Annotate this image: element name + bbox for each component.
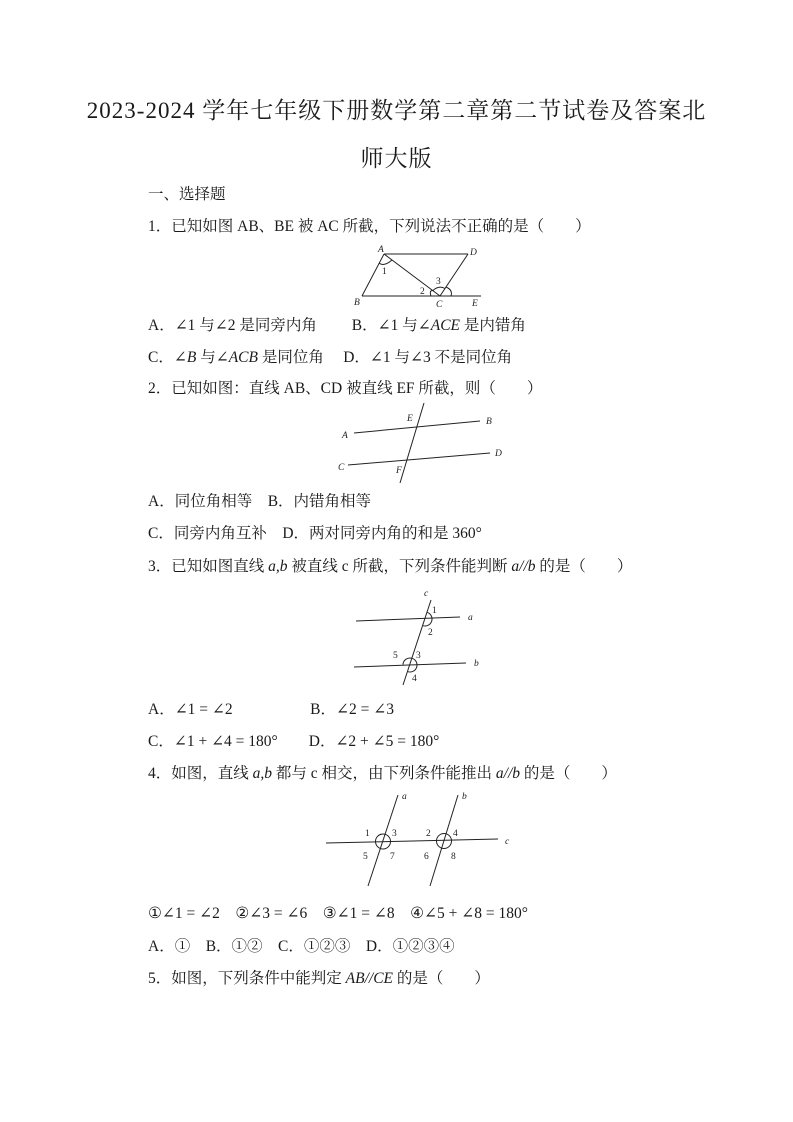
- q5-stem-math1: AB//CE: [346, 970, 393, 987]
- q4-stem-math2: a//b: [496, 765, 520, 782]
- q1-arc-angle3: [433, 287, 445, 290]
- q4-conditions: ①∠1 = ∠2 ②∠3 = ∠6 ③∠1 = ∠8 ④∠5 + ∠8 = 18…: [148, 903, 528, 925]
- q3-label-angle2: 2: [428, 628, 433, 638]
- q4-label-a: a: [402, 792, 407, 802]
- question-3-figure: c a b 1 2 5 3 4: [348, 588, 488, 688]
- q4-stem-part1: 4．如图，直线: [148, 765, 253, 782]
- question-1-figure: A D B C E 1 2 3: [350, 246, 495, 308]
- q3-line-a: [356, 617, 460, 621]
- page-title-line-1: 2023-2024 学年七年级下册数学第二章第二节试卷及答案北: [0, 100, 793, 122]
- q3-stem-part2: 被直线 c 所截，下列条件能判断: [288, 558, 512, 575]
- section-heading-choice: 一、选择题: [148, 184, 226, 206]
- q1-label-angle2: 2: [420, 287, 425, 297]
- q4-line-a: [368, 795, 398, 886]
- q1-label-A: A: [377, 245, 384, 255]
- q2-label-A: A: [341, 431, 348, 441]
- question-1-stem: 1．已知如图 AB、BE 被 AC 所截，下列说法不正确的是（ ）: [148, 216, 591, 238]
- q1-label-angle3: 3: [436, 277, 441, 287]
- q1-option-d-text: 是同位角 D．∠1 与∠3 不是同位角: [258, 349, 512, 366]
- q1-option-c-head: C．: [148, 349, 174, 366]
- q3-stem-part3: 的是（ ）: [536, 558, 633, 575]
- q1-options-row-2: C．∠B 与∠ACB 是同位角 D．∠1 与∠3 不是同位角: [148, 347, 512, 369]
- q1-label-C: C: [436, 300, 443, 310]
- question-5-stem: 5．如图，下列条件中能判定 AB//CE 的是（ ）: [148, 968, 490, 990]
- q3-stem-math1: a,b: [268, 558, 287, 575]
- q4-stem-math1: a,b: [253, 765, 272, 782]
- q2-label-C: C: [338, 463, 345, 473]
- q3-label-angle1: 1: [432, 606, 437, 616]
- q1-option-c-math1: ∠B: [174, 349, 196, 366]
- q4-label-b: b: [462, 792, 467, 802]
- q1-line-AC: [384, 254, 440, 296]
- q1-label-E: E: [471, 299, 478, 309]
- q4-label-c: c: [505, 837, 510, 847]
- q1-label-B: B: [354, 298, 360, 308]
- q5-stem-part1: 5．如图，下列条件中能判定: [148, 970, 346, 987]
- q4-label-angle4: 4: [453, 829, 458, 839]
- q3-line-c: [403, 600, 431, 685]
- q3-label-b: b: [474, 659, 479, 669]
- q3-label-a: a: [468, 613, 473, 623]
- q2-options-row-2: C．同旁内角互补 D．两对同旁内角的和是 360°: [148, 523, 482, 545]
- q5-stem-part2: 的是（ ）: [393, 970, 490, 987]
- q1-option-b-tail: 是内错角: [460, 317, 526, 334]
- q3-label-c: c: [424, 589, 429, 599]
- q4-label-angle5: 5: [363, 852, 368, 862]
- q4-label-angle7: 7: [390, 852, 395, 862]
- q1-option-c-mid: 与: [196, 349, 215, 366]
- q1-label-D: D: [469, 248, 477, 258]
- q1-arc-angle2: [430, 290, 433, 296]
- q2-label-B: B: [486, 417, 492, 427]
- q3-label-angle3: 3: [416, 651, 421, 661]
- q3-label-angle4: 4: [412, 674, 417, 684]
- q3-stem-part1: 3．已知如图直线: [148, 558, 268, 575]
- q2-label-D: D: [494, 449, 502, 459]
- q1-options-row-1: A．∠1 与∠2 是同旁内角 B．∠1 与∠ACE 是内错角: [148, 315, 526, 337]
- q1-option-a-text: A．∠1 与∠2 是同旁内角 B．∠1 与: [148, 317, 418, 334]
- q2-line-CD: [348, 453, 490, 465]
- q4-stem-part3: 的是（ ）: [520, 765, 617, 782]
- q4-stem-part2: 都与 c 相交，由下列条件能推出: [272, 765, 496, 782]
- q2-label-F: F: [395, 466, 402, 476]
- q4-label-angle8: 8: [451, 852, 456, 862]
- page-title-line-2: 师大版: [0, 148, 793, 170]
- q2-label-E: E: [406, 414, 413, 424]
- q1-line-DC: [440, 254, 468, 296]
- q4-label-angle1: 1: [365, 829, 370, 839]
- q4-label-angle6: 6: [424, 852, 429, 862]
- question-3-stem: 3．已知如图直线 a,b 被直线 c 所截，下列条件能判断 a//b 的是（ ）: [148, 556, 632, 578]
- question-4-figure: a b c 1 3 5 7 2 4 6 8: [318, 789, 513, 889]
- test-paper-page: 2023-2024 学年七年级下册数学第二章第二节试卷及答案北 师大版 一、选择…: [0, 0, 793, 1122]
- question-4-stem: 4．如图，直线 a,b 都与 c 相交，由下列条件能推出 a//b 的是（ ）: [148, 763, 617, 785]
- q4-options-row: A．① B．①② C．①②③ D．①②③④: [148, 936, 455, 958]
- q1-option-b-math: ∠ACE: [418, 317, 460, 334]
- q4-label-angle3: 3: [392, 829, 397, 839]
- question-2-figure: A B C D E F: [338, 397, 503, 485]
- q3-stem-math2: a//b: [511, 558, 535, 575]
- q1-label-angle1: 1: [382, 267, 387, 277]
- q4-line-c: [326, 839, 498, 843]
- q3-label-angle5: 5: [393, 651, 398, 661]
- q4-label-angle2: 2: [426, 829, 431, 839]
- q3-options-row-1: A．∠1 = ∠2 B．∠2 = ∠3: [148, 699, 394, 721]
- q3-options-row-2: C．∠1 + ∠4 = 180° D．∠2 + ∠5 = 180°: [148, 731, 439, 753]
- q1-line-AB: [362, 254, 384, 296]
- q1-arc-angle-dce: [446, 287, 451, 296]
- q2-options-row-1: A．同位角相等 B．内错角相等: [148, 491, 371, 513]
- q1-option-c-math2: ∠ACB: [216, 349, 258, 366]
